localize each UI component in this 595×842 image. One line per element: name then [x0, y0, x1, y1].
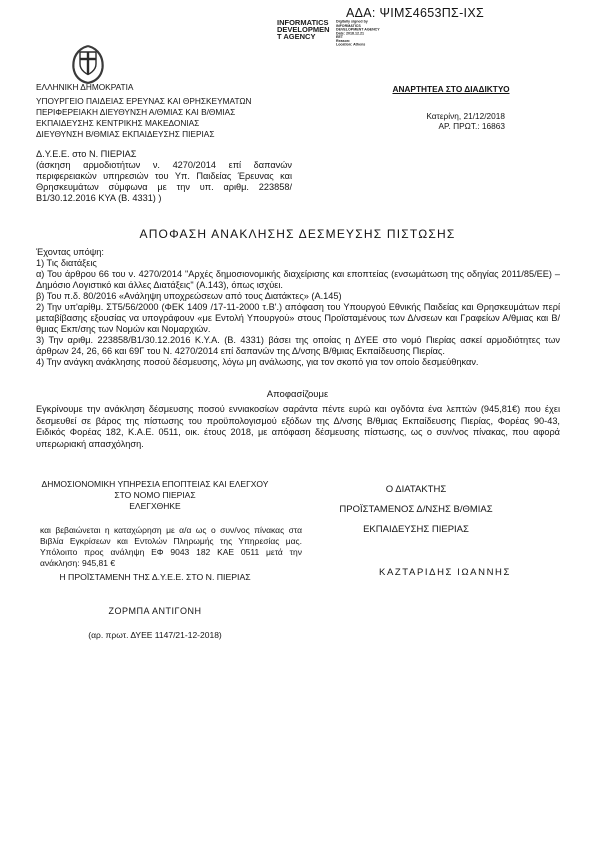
ada-number: ΑΔΑ: ΨΙΜΣ4653ΠΣ-ΙΧΣ — [346, 6, 484, 20]
right-signatory-role-line: Ο ΔΙΑΤΑΚΤΗΣ — [330, 484, 502, 495]
sender-block: Δ.Υ.Ε.Ε. στο Ν. ΠΙΕΡΙΑΣ (άσκηση αρμοδιοτ… — [36, 149, 292, 204]
place-and-date: Κατερίνη, 21/12/2018 — [380, 111, 505, 121]
preamble-block: Έχοντας υπόψη: 1) Τις διατάξεις α) Του ά… — [36, 247, 560, 368]
preamble-intro: Έχοντας υπόψη: — [36, 247, 560, 258]
preamble-item: 3) Την αριθμ. 223858/Β1/30.12.2016 Κ.Υ.Α… — [36, 335, 560, 357]
greek-coat-of-arms-icon — [68, 44, 108, 84]
protocol-number: ΑΡ. ΠΡΩΤ.: 16863 — [380, 121, 505, 131]
document-title: ΑΠΟΦΑΣΗ ΑΝΑΚΛΗΣΗΣ ΔΕΣΜΕΥΣΗΣ ΠΙΣΤΩΣΗΣ — [0, 227, 595, 241]
decision-body: Εγκρίνουμε την ανάκληση δέσμευσης ποσού … — [36, 404, 560, 451]
left-signatory-heading-line: ΣΤΟ ΝΟΜΟ ΠΙΕΡΙΑΣ — [28, 490, 282, 501]
decision-heading: Αποφασίζουμε — [0, 389, 595, 400]
sender-description: (άσκηση αρμοδιοτήτων ν. 4270/2014 επί δα… — [36, 160, 292, 204]
header-agency-block: ΥΠΟΥΡΓΕΙΟ ΠΑΙΔΕΙΑΣ ΕΡΕΥΝΑΣ ΚΑΙ ΘΡΗΣΚΕΥΜΑ… — [36, 96, 252, 140]
signature-stamp-details: Digitally signed by INFORMATICS DEVELOPM… — [336, 20, 399, 47]
header-republic: ΕΛΛΗΝΙΚΗ ΔΗΜΟΚΡΑΤΙΑ — [36, 82, 133, 92]
header-agency-line: ΕΚΠΑΙΔΕΥΣΗΣ ΚΕΝΤΡΙΚΗΣ ΜΑΚΕΔΟΝΙΑΣ — [36, 118, 252, 129]
sender-name: Δ.Υ.Ε.Ε. στο Ν. ΠΙΕΡΙΑΣ — [36, 149, 292, 160]
preamble-item: 1) Τις διατάξεις — [36, 258, 560, 269]
preamble-item: 4) Την ανάγκη ανάκλησης ποσού δέσμευσης,… — [36, 357, 560, 368]
left-signatory-protocol-note: (αρ. πρωτ. ΔΥΕΕ 1147/21-12-2018) — [28, 630, 282, 640]
left-signatory-heading-line: ΕΛΕΓΧΘΗΚΕ — [28, 501, 282, 512]
header-agency-line: ΠΕΡΙΦΕΡΕΙΑΚΗ ΔΙΕΥΘΥΝΣΗ Α/ΘΜΙΑΣ ΚΑΙ Β/ΘΜΙ… — [36, 107, 252, 118]
left-signatory-note: και βεβαιώνεται η καταχώρηση με α/α ως ο… — [40, 525, 302, 569]
preamble-item: β) Του π.δ. 80/2016 «Ανάληψη υποχρεώσεων… — [36, 291, 560, 302]
left-signatory-heading-line: ΔΗΜΟΣΙΟΝΟΜΙΚΗ ΥΠΗΡΕΣΙΑ ΕΠΟΠΤΕΙΑΣ ΚΑΙ ΕΛΕ… — [28, 479, 282, 490]
left-signatory-role: Η ΠΡΟΪΣΤΑΜΕΝΗ ΤΗΣ Δ.Υ.Ε.Ε. ΣΤΟ Ν. ΠΙΕΡΙΑ… — [28, 572, 282, 582]
header-agency-line: ΔΙΕΥΘΥΝΣΗ Β/ΘΜΙΑΣ ΕΚΠΑΙΔΕΥΣΗΣ ΠΙΕΡΙΑΣ — [36, 129, 252, 140]
right-signatory-role-line: ΠΡΟΪΣΤΑΜΕΝΟΣ Δ/ΝΣΗΣ Β/ΘΜΙΑΣ — [330, 504, 502, 515]
right-signatory-role-line: ΕΚΠΑΙΔΕΥΣΗΣ ΠΙΕΡΙΑΣ — [330, 524, 502, 535]
signature-stamp-agency-line: T AGENCY — [277, 33, 330, 40]
preamble-item: α) Του άρθρου 66 του ν. 4270/2014 "Αρχές… — [36, 269, 560, 291]
posting-label: ΑΝΑΡΤΗΤΕΑ ΣΤΟ ΔΙΑΔΙΚΤΥΟ — [390, 84, 512, 94]
preamble-item: 2) Την υπ'αρίθμ. ΣΤ5/56/2000 (ΦΕΚ 1409 /… — [36, 302, 560, 335]
signature-stamp-agency: INFORMATICS DEVELOPMEN T AGENCY — [277, 19, 330, 40]
signature-detail-line: Location: Athens — [336, 43, 399, 47]
header-agency-line: ΥΠΟΥΡΓΕΙΟ ΠΑΙΔΕΙΑΣ ΕΡΕΥΝΑΣ ΚΑΙ ΘΡΗΣΚΕΥΜΑ… — [36, 96, 252, 107]
left-signatory-name: ΖΟΡΜΠΑ ΑΝΤΙΓΟΝΗ — [28, 606, 282, 616]
document-page: ΑΔΑ: ΨΙΜΣ4653ΠΣ-ΙΧΣ INFORMATICS DEVELOPM… — [0, 0, 595, 842]
right-signatory-name: ΚΑΖΤΑΡΙΔΗΣ ΙΩΑΝΝΗΣ — [360, 567, 530, 578]
left-signatory-heading: ΔΗΜΟΣΙΟΝΟΜΙΚΗ ΥΠΗΡΕΣΙΑ ΕΠΟΠΤΕΙΑΣ ΚΑΙ ΕΛΕ… — [28, 479, 282, 512]
